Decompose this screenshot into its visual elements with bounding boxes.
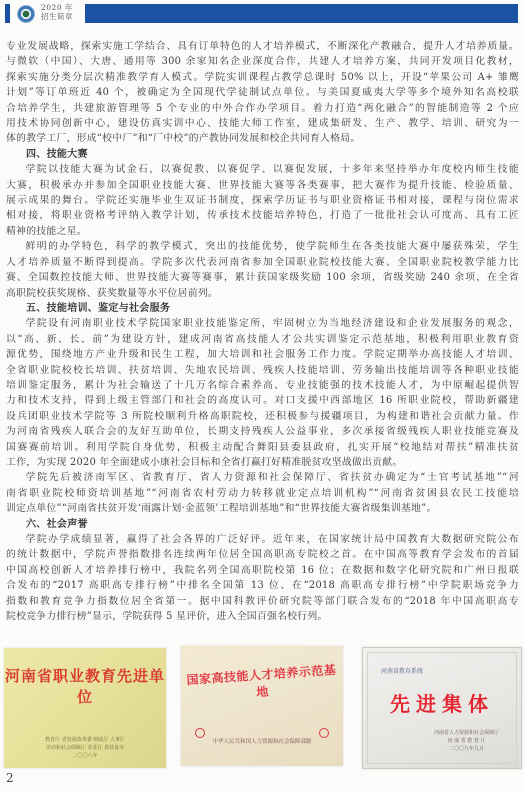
page-number: 2	[6, 771, 14, 785]
text-line: 南省职业院校师资培训基地”“河南省农村劳动力转移就业定点培训机构”“河南省贫困县…	[6, 486, 519, 501]
header-accent-bar	[85, 4, 518, 23]
paragraph-competition-intro: 学院以技能大赛为试金石，以赛促教、以赛促学、以赛促发展，十多年来坚持举办年度校内…	[6, 162, 519, 239]
section-heading-reputation: 六、社会声誉	[6, 517, 519, 532]
header-accent-bar-left	[5, 4, 10, 23]
text-line: 探索实施分类分层次精准教学育人模式。学院实训课程占教学总课时 50% 以上，开设…	[6, 70, 519, 85]
page-header: 2020 年 招生简章	[0, 0, 525, 30]
text-line: 精神的技能之星。	[6, 224, 519, 239]
text-line: 与微软（中国）、大唐、通用等 300 余家知名企业深度合作，共建人才培养方案，共…	[6, 54, 519, 69]
text-line: 国赛赛前培训。利用学院自身优势，积极主动配合舞阳县委县政府，扎实开展“校地结对帮…	[6, 440, 519, 455]
text-line: 鲜明的办学特色，科学的教学模式，突出的技能优势，使学院师生在各类技能大赛中屡获殊…	[6, 239, 519, 254]
text-line: 相对接，将职业资格考评纳入教学计划，传承技术技能培养特色，打造了一批批社会认可度…	[6, 208, 519, 223]
paragraph-industry-education: 专业发展战略，探索实施工学结合、具有订单特色的人才培养模式，不断深化产教融合，提…	[6, 39, 519, 147]
text-line: 工作，为实现 2020 年全面建成小康社会目标和全省打赢打好精准脱贫攻坚战做出贡…	[6, 455, 519, 470]
award-title: 先进集体	[363, 688, 521, 717]
brochure-title: 2020 年 招生简章	[41, 3, 73, 21]
text-line: 高职院校获奖规格、获奖数量等水平位居前列。	[6, 286, 519, 301]
award-issuer: 教育厅 省发展改革委 财政厅 人事厅 劳动和社会保障厅 农业厅 省扶贫办 二〇〇…	[4, 736, 166, 760]
text-line: 中国高校创新人才培养排行榜中，我院名列全国高职院校第 16 位；在数据和数字化研…	[6, 563, 519, 578]
text-line: 学院以技能大赛为试金石，以赛促教、以赛促学、以赛促发展，十多年来坚持举办年度校内…	[6, 162, 519, 177]
text-line: 计划”等订单班近 40 个，被确定为全国现代学徒制试点单位。与美国夏威夷大学等多…	[6, 85, 519, 100]
section-heading-skills-competition: 四、技能大赛	[6, 147, 519, 162]
text-line: 院校竞争力排行榜”显示，学院获得 5 星评价，进入全国百强名校行列。	[6, 609, 519, 624]
award-plaque-high-skill-base: 国家高技能人才培养示范基地 中华人民共和国人力资源和社会保障部制	[181, 646, 343, 766]
issuer-date: 二〇〇八年	[4, 752, 166, 760]
text-line: 展示成果的舞台。学院还实施毕业生双证书制度，探索学历证书与职业资格证书相对接，课…	[6, 193, 519, 208]
text-line: 培训鉴定服务，累计为社会输送了十几万名综合素养高、专业技能强的技术技能人才，为中…	[6, 378, 519, 393]
text-line: 以“高、新、长、前”为建设方针，建成河南省高技能人才公共实训鉴定示范基地，积极利…	[6, 332, 519, 347]
text-line: 人才培养质量不断得到提高。学院多次代表河南省参加全国职业院校技能大赛、全国职业院…	[6, 255, 519, 270]
award-issuer: 河南省人力资源和社会保障厅 河 南 省 教 育 厅 二〇〇九年九月	[434, 729, 499, 753]
article-body: 专业发展战略，探索实施工学结合、具有订单特色的人才培养模式，不断深化产教融合，提…	[6, 39, 519, 624]
award-title: 河南省职业教育先进单位	[4, 665, 166, 707]
text-line: 学院先后被济南军区、省教育厅、省人力资源和社会保障厅、省扶贫办确定为“士官考试基…	[6, 470, 519, 485]
text-line: 赛、全国数控技能大师、世界技能大赛等赛事，累计获国家级奖励 100 余项，省级奖…	[6, 270, 519, 285]
issuer-line: 教育厅 省发展改革委 财政厅 人事厅	[4, 736, 166, 744]
text-line: 合培养学生，共建旅游管理等 5 个专业的中外合作办学项目。着力打造“两化融合”的…	[6, 101, 519, 116]
text-line: 学院设有河南职业技术学院国家职业技能鉴定所，牢固树立为当地经济建设和企业发展服务…	[6, 316, 519, 331]
text-line: 体的教学工厂，形成“校中厂”和“厂中校”的产教协同发展和校企共同育人格局。	[6, 131, 519, 146]
text-line: 用技术协同创新中心，建设仿真实训中心、技能大师工作室，建成集研发、生产、教学、培…	[6, 116, 519, 131]
text-line: 训定点单位”“河南省扶贫开发‘雨露计划·金蓝领’工程培训基地”和“世界技能大赛省…	[6, 501, 519, 516]
paragraph-training-bases: 学院先后被济南军区、省教育厅、省人力资源和社会保障厅、省扶贫办确定为“士官考试基…	[6, 470, 519, 516]
award-plaque-advanced-collective: 河南省教育系统 先进集体 河南省人力资源和社会保障厅 河 南 省 教 育 厅 二…	[362, 647, 522, 769]
text-line: 全省职业院校校长培训、扶贫培训、失地农民培训、残疾人技能培训、劳务输出技能培训等…	[6, 363, 519, 378]
issuer-line: 劳动和社会保障厅 农业厅 省扶贫办	[4, 744, 166, 752]
award-organization: 河南省教育系统	[381, 666, 423, 675]
text-line: 源优势，围绕地方产业升级和民生工程，加大培训和社会服务工作力度。学院定期举办高技…	[6, 347, 519, 362]
text-line: 学院办学成绩显著，赢得了社会各界的广泛好评。近年来，在国家统计局中国教育大数据研…	[6, 532, 519, 547]
paragraph-reputation: 学院办学成绩显著，赢得了社会各界的广泛好评。近年来，在国家统计局中国教育大数据研…	[6, 532, 519, 624]
text-line: 为河南省残疾人联合会的友好互助单位，长期支持残疾人公益事业，多次承接省级残疾人职…	[6, 424, 519, 439]
issuer-line: 河 南 省 教 育 厅	[434, 737, 499, 745]
award-plaques: 河南省职业教育先进单位 教育厅 省发展改革委 财政厅 人事厅 劳动和社会保障厅 …	[0, 648, 525, 770]
paragraph-competition-results: 鲜明的办学特色，科学的教学模式，突出的技能优势，使学院师生在各类技能大赛中屡获殊…	[6, 239, 519, 301]
text-line: 的统计数据中，学院声誉指数排名连续两年位居全国高职高专院校之首。在中国高等教育学…	[6, 547, 519, 562]
text-line: 专业发展战略，探索实施工学结合、具有订单特色的人才培养模式，不断深化产教融合，提…	[6, 39, 519, 54]
paragraph-training-service: 学院设有河南职业技术学院国家职业技能鉴定所，牢固树立为当地经济建设和企业发展服务…	[6, 316, 519, 470]
text-line: 大赛，积极承办并参加全国职业技能大赛、世界技能大赛等各类赛事，把大赛作为提升技能…	[6, 178, 519, 193]
award-title: 国家高技能人才培养示范基地	[181, 660, 343, 705]
text-line: 设兵团职业技术学院等 3 所院校顺利升格高职院校，还积极参与援疆项目，为构建和谐…	[6, 409, 519, 424]
brochure-name: 招生简章	[41, 12, 73, 21]
issuer-date: 二〇〇九年九月	[434, 745, 499, 753]
award-plaque-vocational-education: 河南省职业教育先进单位 教育厅 省发展改革委 财政厅 人事厅 劳动和社会保障厅 …	[4, 648, 166, 768]
brochure-year: 2020 年	[41, 3, 73, 12]
college-seal-logo-icon	[17, 5, 35, 23]
section-heading-training-service: 五、技能培训、鉴定与社会服务	[6, 301, 519, 316]
issuer-line: 河南省人力资源和社会保障厅	[434, 729, 499, 737]
text-line: 指数和教育竞争力指数位居全省第一。据中国科教评价研究院等部门联合发布的“2018…	[6, 594, 519, 609]
text-line: 力和技术支持，得到上级主管部门和社会的高度认可。对口支援中西部地区 16 所职业…	[6, 393, 519, 408]
award-issuer: 中华人民共和国人力资源和社会保障部制	[181, 737, 343, 745]
text-line: 合发布的“2017 高职高专排行榜”中排名全国第 13 位、在“2018 高职高…	[6, 578, 519, 593]
